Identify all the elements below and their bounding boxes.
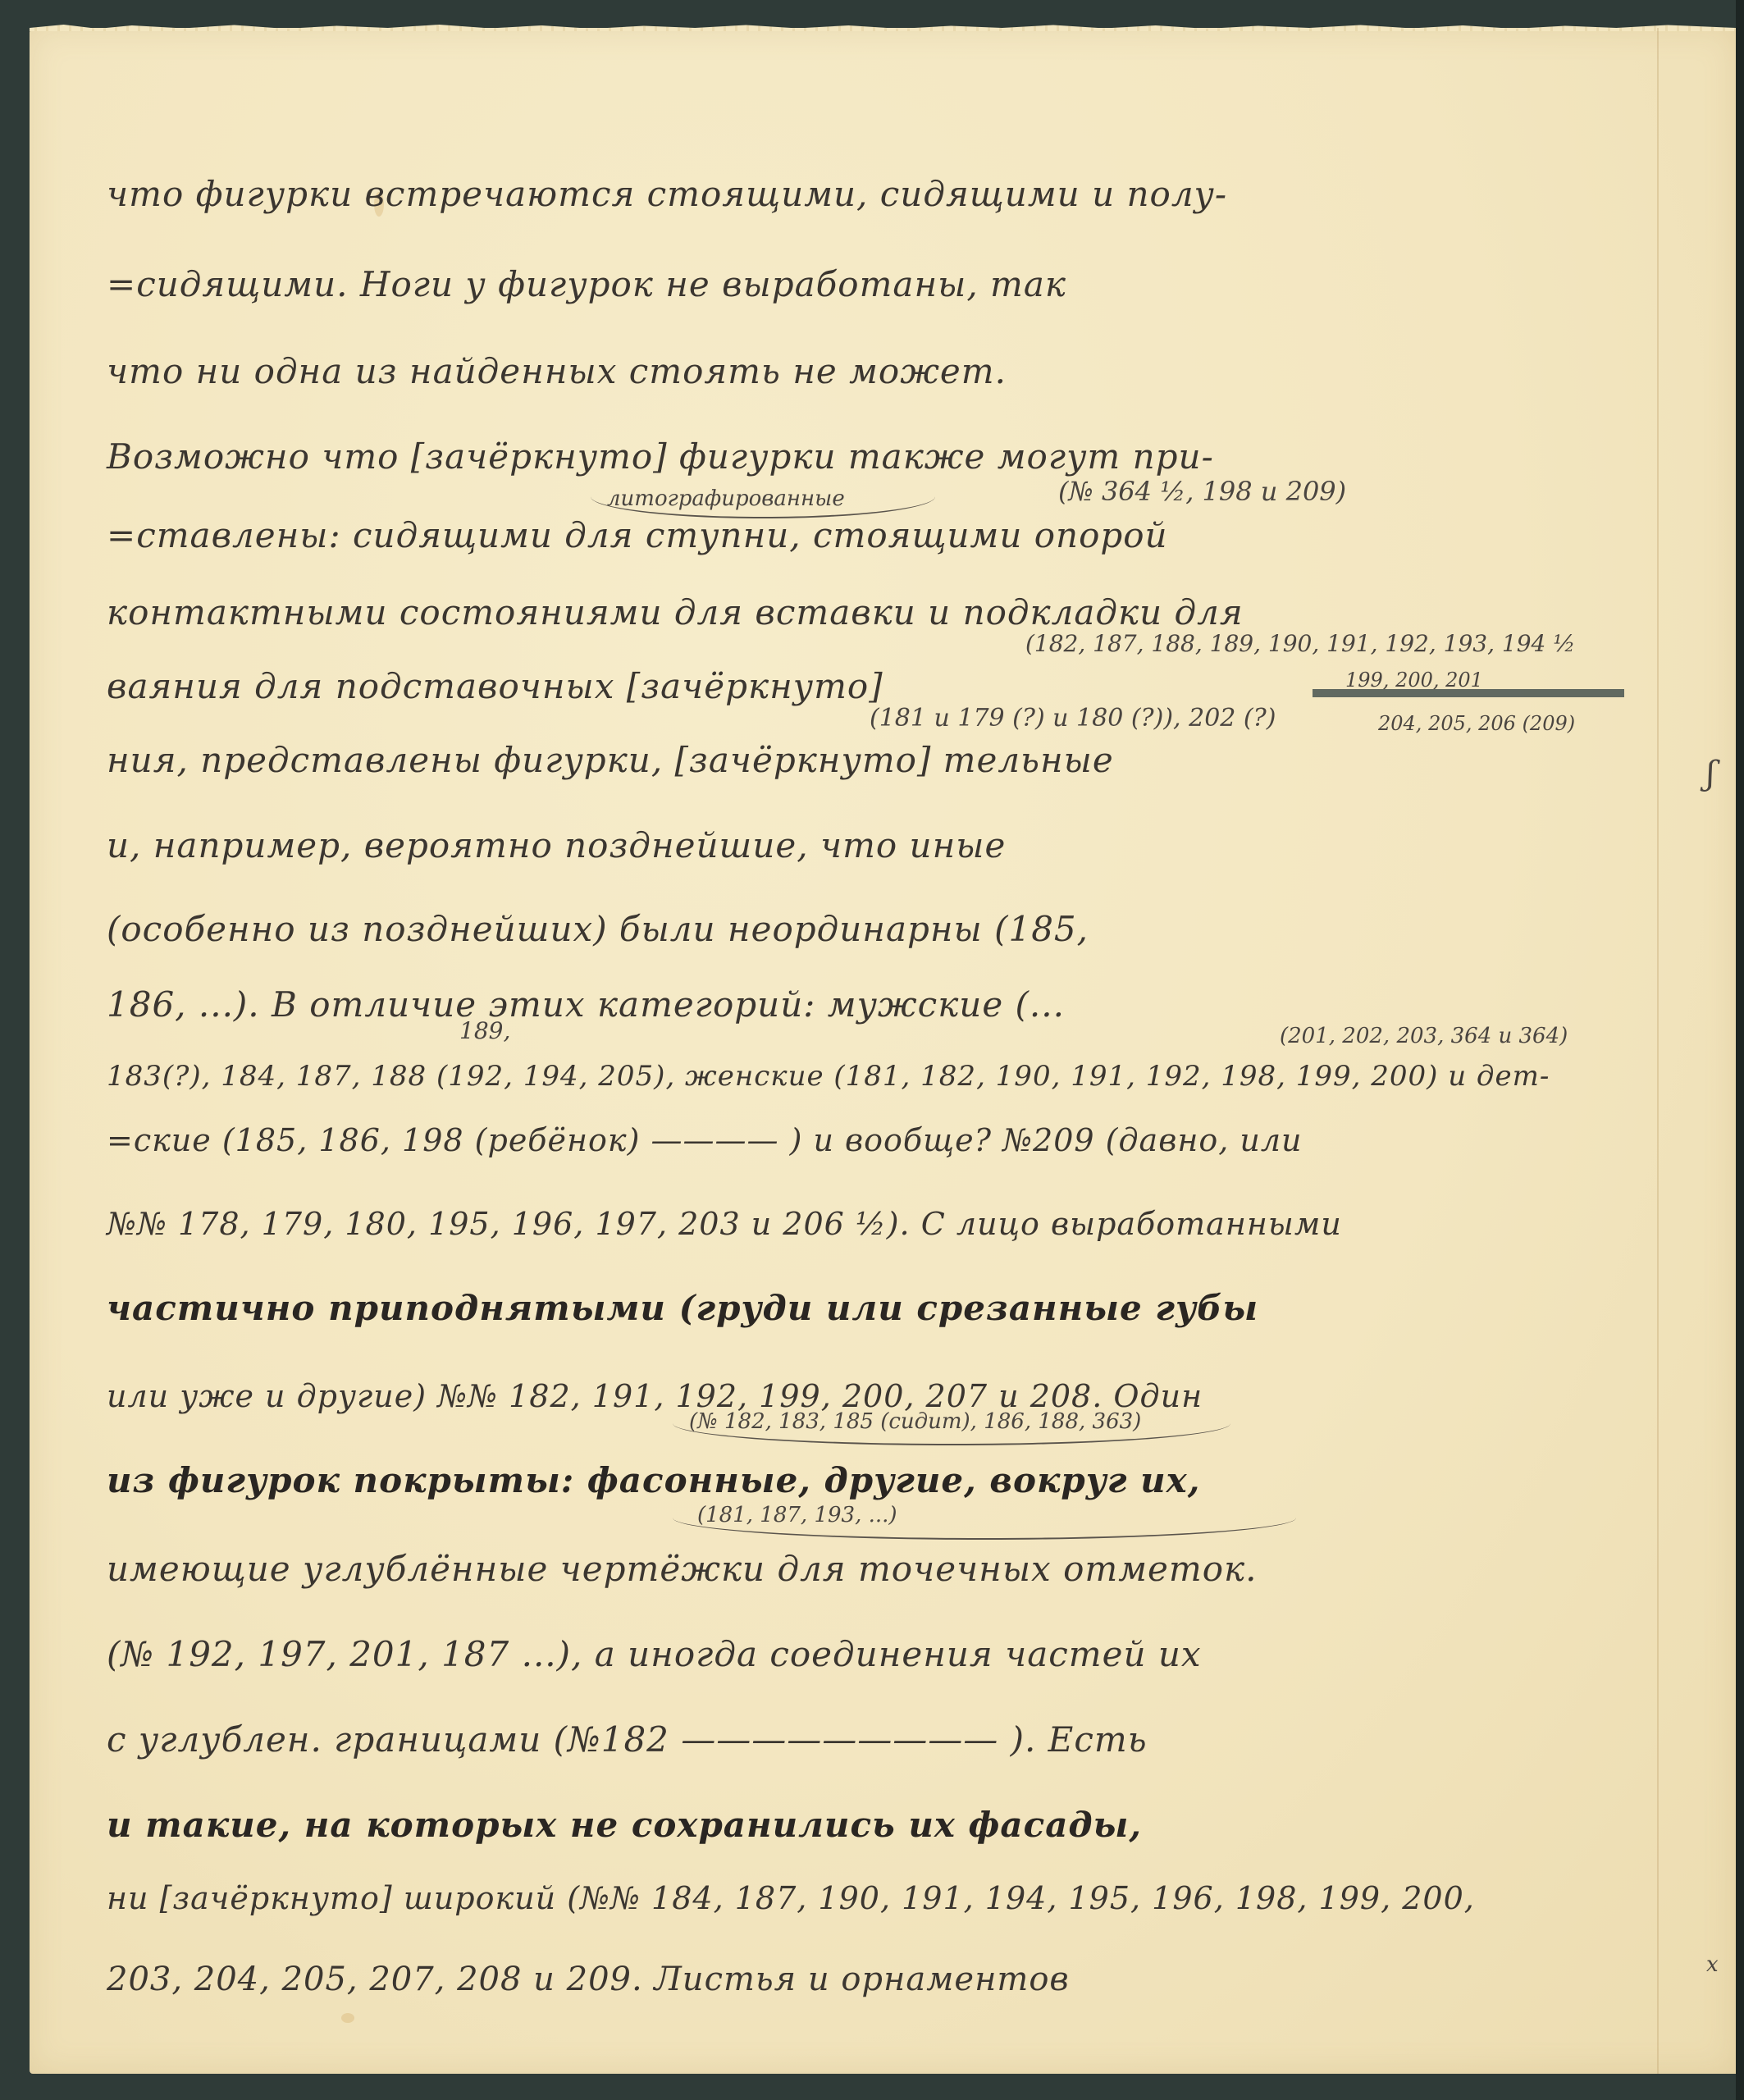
annotation-refs-181: (181 и 179 (?) и 180 (?)), 202 (?) — [870, 704, 1276, 733]
text-line-8: ния, представлены фигурки, [зачёркнуто] … — [107, 740, 1114, 780]
text-line-3: что ни одна из найденных стоять не может… — [107, 351, 1007, 391]
annotation-refs-199: 199, 200, 201 — [1345, 669, 1483, 692]
annotation-refs-182: (182, 187, 188, 189, 190, 191, 192, 193,… — [1025, 630, 1575, 657]
margin-mark: ʃ — [1706, 755, 1715, 792]
text-line-14: №№ 178, 179, 180, 195, 196, 197, 203 и 2… — [107, 1206, 1342, 1242]
text-line-9: и, например, вероятно позднейшие, что ин… — [107, 825, 1006, 865]
text-line-6: контактными состояниями для вставки и по… — [107, 592, 1244, 632]
text-line-22: ни [зачёркнуто] широкий (№№ 184, 187, 19… — [107, 1880, 1475, 1916]
annotation-189: 189, — [459, 1017, 510, 1044]
text-line-15: частично приподнятыми (груди или срезанн… — [107, 1288, 1258, 1328]
background-strip — [1736, 0, 1744, 2100]
margin-mark-x: x — [1706, 1952, 1719, 1977]
torn-top-edge — [30, 23, 1736, 31]
paper-stain — [341, 2013, 354, 2023]
text-line-1: что фигурки встречаются стоящими, сидящи… — [107, 174, 1227, 214]
text-line-18: имеющие углублённые чертёжки для точечны… — [107, 1549, 1257, 1589]
text-line-11: 186, ...). В отличие этих категорий: муж… — [107, 984, 1065, 1025]
manuscript-page — [30, 28, 1736, 2074]
text-line-17: из фигурок покрыты: фасонные, другие, во… — [107, 1460, 1200, 1500]
text-line-10: (особенно из позднейших) были неординарн… — [107, 909, 1089, 949]
text-line-7: ваяния для подставочных [зачёркнуто] — [107, 666, 883, 706]
text-line-20: с углублен. границами (№182 ————————— ).… — [107, 1719, 1148, 1760]
text-line-5: =ставлены: сидящими для ступни, стоящими… — [107, 515, 1168, 555]
annotation-refs-364: (№ 364 ½, 198 и 209) — [1058, 476, 1346, 507]
text-line-19: (№ 192, 197, 201, 187 ...), а иногда сое… — [107, 1634, 1202, 1674]
text-line-4: Возможно что [зачёркнуто] фигурки также … — [107, 436, 1214, 477]
text-line-21: и такие, на которых не сохранились их фа… — [107, 1805, 1142, 1845]
text-line-2: =сидящими. Ноги у фигурок не выработаны,… — [107, 264, 1066, 304]
annotation-refs-201: (201, 202, 203, 364 и 364) — [1280, 1024, 1568, 1048]
page-fold-line — [1657, 28, 1659, 2074]
text-line-12: 183(?), 184, 187, 188 (192, 194, 205), ж… — [107, 1060, 1550, 1093]
strike-mark — [1313, 689, 1624, 697]
text-line-23: 203, 204, 205, 207, 208 и 209. Листья и … — [107, 1961, 1070, 1998]
text-line-13: =ские (185, 186, 198 (ребёнок) ———— ) и … — [107, 1122, 1303, 1158]
annotation-refs-204: 204, 205, 206 (209) — [1378, 712, 1575, 735]
